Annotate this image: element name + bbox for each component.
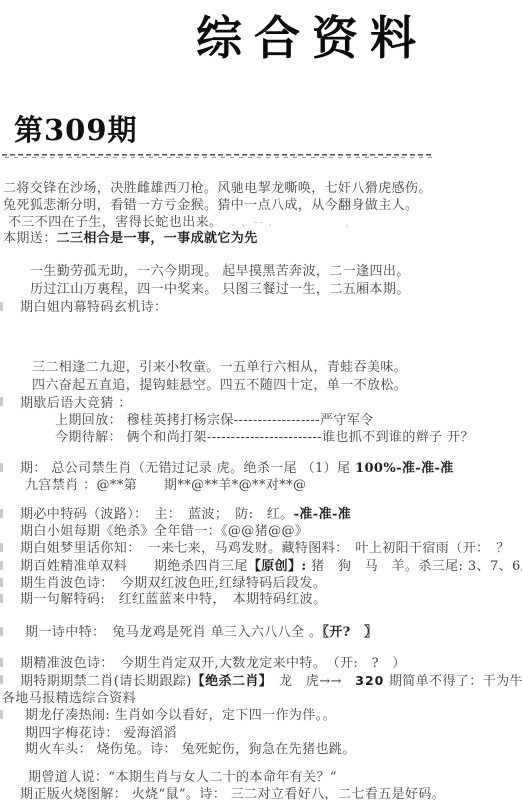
edge-artifact bbox=[0, 578, 3, 587]
edge-artifact bbox=[0, 675, 3, 684]
text-segment: 期特期期禁二肖(请长期跟踪) bbox=[20, 674, 192, 689]
text-segment: 期曾道人说：“本期生肖与女人二十的本命年有关？” bbox=[28, 770, 337, 785]
text-segment: 期白姐内幕特码玄机诗： bbox=[20, 300, 167, 315]
issue-number: 第309期 bbox=[14, 108, 138, 149]
text-line: 期一诗中特： 兔马龙鸡是死肖 单三入六八八全 。〖开? 〗 bbox=[25, 625, 378, 640]
text-segment: 【原创】: bbox=[248, 559, 307, 574]
text-segment: 严守军令 bbox=[320, 413, 374, 428]
text-line: 期必中特码（波路）： 主： 蓝波； 防: 红。-准-准-准 bbox=[20, 507, 351, 522]
text-line: 四六奋起五直追，提钩蛙悬空。四五不随四十定，单一不放松。 bbox=[32, 378, 407, 393]
text-line: 一生勤劳孤无助，一六今期现。 起早摸黑苦奔波，二一逢四出。 bbox=[30, 264, 410, 279]
document-page: 综合资料 第309期 二将交锋在沙场，决胜雌雄西刀枪。风驰电挈龙嘶唤，七奸八猾虎… bbox=[0, 0, 522, 800]
text-segment: 期歇后语大竞猜 ： bbox=[20, 396, 132, 411]
text-segment: -准-准-准 bbox=[294, 507, 352, 522]
text-line: 期生肖波色诗： 今期双红波色旺,红绿特码后段发。 bbox=[20, 576, 326, 591]
text-line: 期四字梅花诗： 爱海滔滔 bbox=[25, 726, 177, 741]
edge-artifact bbox=[0, 710, 3, 719]
text-segment: 本期送： bbox=[3, 231, 57, 246]
text-segment: 龙 虎→→ bbox=[266, 674, 356, 689]
text-line: 九宫禁肖 ：@**第 期**@**羊*@**对**@ bbox=[25, 478, 306, 493]
separator-dashed-line bbox=[2, 154, 434, 159]
text-line: 今期待解： 俩个和尚打架------------------------谁也抓不… bbox=[55, 430, 474, 445]
text-segment: 今期待解： 俩个和尚打架------------------------ bbox=[55, 430, 322, 445]
text-segment: 期龙仔凑热闹: 生肖如今以看好，定下四一作为伴。。 bbox=[25, 708, 336, 723]
text-segment: 猪 狗 马 羊。杀三尾: 3、7、6。 bbox=[307, 559, 522, 574]
text-line: 期特期期禁二肖(请长期跟踪)【绝杀二肖】 龙 虎→→ 320 期简单不得了：干为… bbox=[20, 673, 522, 689]
text-line: 期： 总公司禁生肖（无错过记录 虎。绝杀一尾 （1）尾 100%-准-准-准 bbox=[20, 461, 454, 476]
edge-artifact bbox=[0, 627, 3, 636]
text-segment: 期百姓精准单双料 期绝杀四肖三尾 bbox=[20, 559, 248, 574]
text-segment: 期白小姐每期《绝杀》全年错一：《@@猪@@》 bbox=[20, 524, 308, 539]
text-segment: 兔死狐悲渐分明，看错一方亏金猴。猜中一点八成，从今翻身做主人。 bbox=[3, 198, 418, 213]
text-segment: 不三不四在子生，害得长蛇也出来。 bbox=[8, 215, 222, 230]
text-segment: 各地马报精选综合资料 bbox=[2, 691, 136, 706]
text-segment: 〖开? 〗 bbox=[322, 625, 377, 640]
text-segment: 期： 总公司禁生肖（无错过记录 虎。绝杀一尾 （1）尾 bbox=[20, 461, 355, 476]
text-line: 期白姐内幕特码玄机诗： bbox=[20, 300, 167, 315]
text-segment: 二将交锋在沙场，决胜雌雄西刀枪。风驰电挈龙嘶唤，七奸八猾虎感伤。 bbox=[3, 181, 432, 196]
text-line: 期白小姐每期《绝杀》全年错一：《@@猪@@》 bbox=[20, 524, 308, 539]
text-line: 三二相逢二九迎，引来小牧童。一五单行六相从，青蛙吞美味。 bbox=[32, 360, 407, 375]
edge-artifact bbox=[0, 302, 3, 311]
text-segment: 期必中特码（波路）： 主： 蓝波； 防: 红。 bbox=[20, 507, 294, 522]
edge-artifact bbox=[0, 658, 3, 667]
text-segment: 上期回放： 穆桂英拷打杨宗保------------------ bbox=[55, 413, 320, 428]
text-segment: 历过江山万裏程，四一中奖来。 只图三餐过一生，二五厢本期。 bbox=[30, 282, 410, 297]
text-segment: 期一诗中特： 兔马龙鸡是死肖 单三入六八八全 。 bbox=[25, 625, 322, 640]
text-segment: 【绝杀二肖】 bbox=[192, 674, 266, 689]
edge-artifact bbox=[0, 463, 3, 472]
edge-artifact bbox=[0, 509, 3, 518]
text-line: 期百姓精准单双料 期绝杀四肖三尾【原创】: 猪 狗 马 羊。杀三尾: 3、7、6… bbox=[20, 559, 522, 574]
edge-artifact bbox=[0, 543, 3, 552]
text-line: 历过江山万裏程，四一中奖来。 只图三餐过一生，二五厢本期。 bbox=[30, 282, 410, 297]
text-line: 兔死狐悲渐分明，看错一方亏金猴。猜中一点八成，从今翻身做主人。 bbox=[3, 198, 418, 213]
text-line: 期曾道人说：“本期生肖与女人二十的本命年有关？” bbox=[28, 770, 337, 785]
text-segment: 期简单不得了：干为牛马 bbox=[384, 674, 522, 689]
text-segment: 四六奋起五直追，提钩蛙悬空。四五不随四十定，单一不放松。 bbox=[32, 378, 407, 393]
text-line: 期歇后语大竞猜 ： bbox=[20, 396, 132, 411]
page-title: 综合资料 bbox=[196, 2, 428, 68]
edge-artifact bbox=[0, 561, 3, 570]
text-segment: 期一句解特码: 红红蓝蓝来中特， 本期特码红波。 bbox=[20, 592, 326, 607]
text-segment: 期火车头： 烧伤兔。诗： 兔死蛇伤，狗急在先猪也跳。 bbox=[25, 742, 356, 757]
text-segment: 三二相逢二九迎，引来小牧童。一五单行六相从，青蛙吞美味。 bbox=[32, 360, 407, 375]
text-segment: 期正版火烧图解： 火烧“鼠”。诗： 三二对立看好八，二七看五是好码。 bbox=[20, 787, 445, 800]
text-line: 期一句解特码: 红红蓝蓝来中特， 本期特码红波。 bbox=[20, 592, 326, 607]
edge-artifact bbox=[0, 397, 3, 406]
text-line: 期精准波色诗： 今期生肖定双开,大数龙定来中特。 （开: ? ） bbox=[20, 656, 406, 671]
text-segment: 100%-准-准-准 bbox=[355, 461, 454, 476]
text-line: 期白姐梦里话你知： 一来七来，马鸡发财。藏特图料： 叶上初阳干宿雨（开： ？ ） bbox=[20, 541, 522, 556]
text-segment: 期白姐梦里话你知： 一来七来，马鸡发财。藏特图料： 叶上初阳干宿雨（开： ？ ） bbox=[20, 541, 522, 556]
text-segment: 一生勤劳孤无助，一六今期现。 起早摸黑苦奔波，二一逢四出。 bbox=[30, 264, 410, 279]
text-line: 不三不四在子生，害得长蛇也出来。 . 、-- . , bbox=[8, 215, 350, 230]
text-line: 二将交锋在沙场，决胜雌雄西刀枪。风驰电挈龙嘶唤，七奸八猾虎感伤。 bbox=[3, 181, 432, 196]
text-segment: 期生肖波色诗： 今期双红波色旺,红绿特码后段发。 bbox=[20, 576, 326, 591]
text-segment: . 、-- . , bbox=[222, 215, 349, 230]
text-line: 各地马报精选综合资料 bbox=[2, 691, 136, 706]
text-line: 期龙仔凑热闹: 生肖如今以看好，定下四一作为伴。。 bbox=[25, 708, 336, 723]
text-segment: 二三相合是一事，一事成就它为先 bbox=[57, 231, 258, 246]
text-line: 本期送：二三相合是一事，一事成就它为先 bbox=[3, 231, 258, 246]
text-segment: 九宫禁肖 ：@**第 期**@**羊*@**对**@ bbox=[25, 478, 306, 493]
text-segment: 期精准波色诗： 今期生肖定双开,大数龙定来中特。 （开: ? ） bbox=[20, 656, 406, 671]
text-line: 上期回放： 穆桂英拷打杨宗保------------------严守军令 bbox=[55, 413, 374, 428]
text-segment: 320 bbox=[355, 673, 384, 688]
text-segment: 期四字梅花诗： 爱海滔滔 bbox=[25, 726, 177, 741]
text-segment: 谁也抓不到谁的辫子 开？ bbox=[322, 430, 474, 445]
text-line: 期火车头： 烧伤兔。诗： 兔死蛇伤，狗急在先猪也跳。 bbox=[25, 742, 356, 757]
edge-artifact bbox=[0, 594, 3, 603]
text-line: 期正版火烧图解： 火烧“鼠”。诗： 三二对立看好八，二七看五是好码。 bbox=[20, 787, 445, 800]
